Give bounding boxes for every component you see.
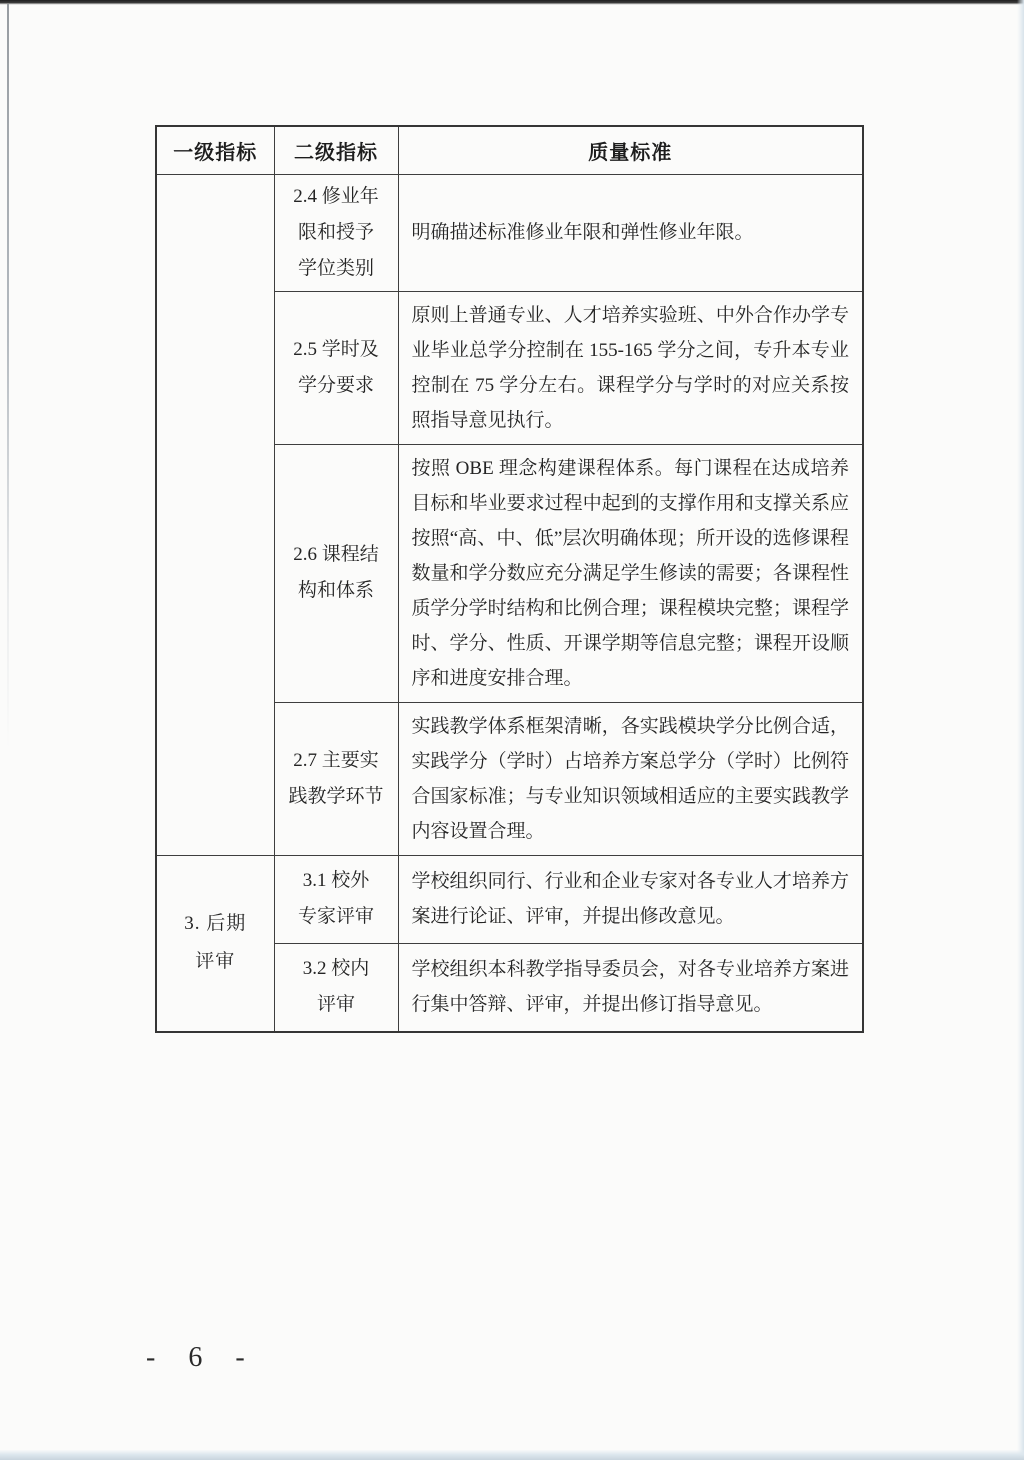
secondary-indicator-cell-2-5: 2.5 学时及 学分要求	[274, 291, 398, 444]
table-row: 2.4 修业年 限和授予 学位类别 明确描述标准修业年限和弹性修业年限。	[156, 174, 863, 291]
scan-edge-bottom	[0, 1450, 1024, 1460]
page-number: - 6 -	[146, 1342, 258, 1374]
quality-standard-cell-3-2: 学校组织本科教学指导委员会，对各专业培养方案进行集中答辩、评审，并提出修订指导意…	[398, 943, 863, 1032]
scan-edge-top	[0, 0, 1024, 5]
header-level2: 二级指标	[274, 126, 398, 174]
header-standard: 质量标准	[398, 126, 863, 174]
quality-standard-cell-2-5: 原则上普通专业、人才培养实验班、中外合作办学专业毕业总学分控制在 155-165…	[398, 291, 863, 444]
secondary-indicator-cell-2-6: 2.6 课程结 构和体系	[274, 444, 398, 702]
table-row: 3. 后期 评审 3.1 校外 专家评审 学校组织同行、行业和企业专家对各专业人…	[156, 855, 863, 943]
secondary-indicator-cell-3-1: 3.1 校外 专家评审	[274, 855, 398, 943]
quality-standard-cell-2-7: 实践教学体系框架清晰，各实践模块学分比例合适，实践学分（学时）占培养方案总学分（…	[398, 702, 863, 855]
header-level1: 一级指标	[156, 126, 274, 174]
primary-indicator-cell-group2	[156, 174, 274, 855]
secondary-indicator-cell-2-7: 2.7 主要实 践教学环节	[274, 702, 398, 855]
quality-standard-cell-2-6: 按照 OBE 理念构建课程体系。每门课程在达成培养目标和毕业要求过程中起到的支撑…	[398, 444, 863, 702]
indicator-table: 一级指标 二级指标 质量标准 2.4 修业年 限和授予 学位类别 明确描述标准修…	[155, 125, 864, 1033]
secondary-indicator-cell-2-4: 2.4 修业年 限和授予 学位类别	[274, 174, 398, 291]
scan-edge-left	[7, 4, 9, 749]
primary-indicator-cell-group3: 3. 后期 评审	[156, 855, 274, 1032]
quality-standard-cell-2-4: 明确描述标准修业年限和弹性修业年限。	[398, 174, 863, 291]
secondary-indicator-cell-3-2: 3.2 校内 评审	[274, 943, 398, 1032]
table-header-row: 一级指标 二级指标 质量标准	[156, 126, 863, 174]
quality-standard-cell-3-1: 学校组织同行、行业和企业专家对各专业人才培养方案进行论证、评审，并提出修改意见。	[398, 855, 863, 943]
scan-edge-right	[1017, 0, 1024, 1460]
